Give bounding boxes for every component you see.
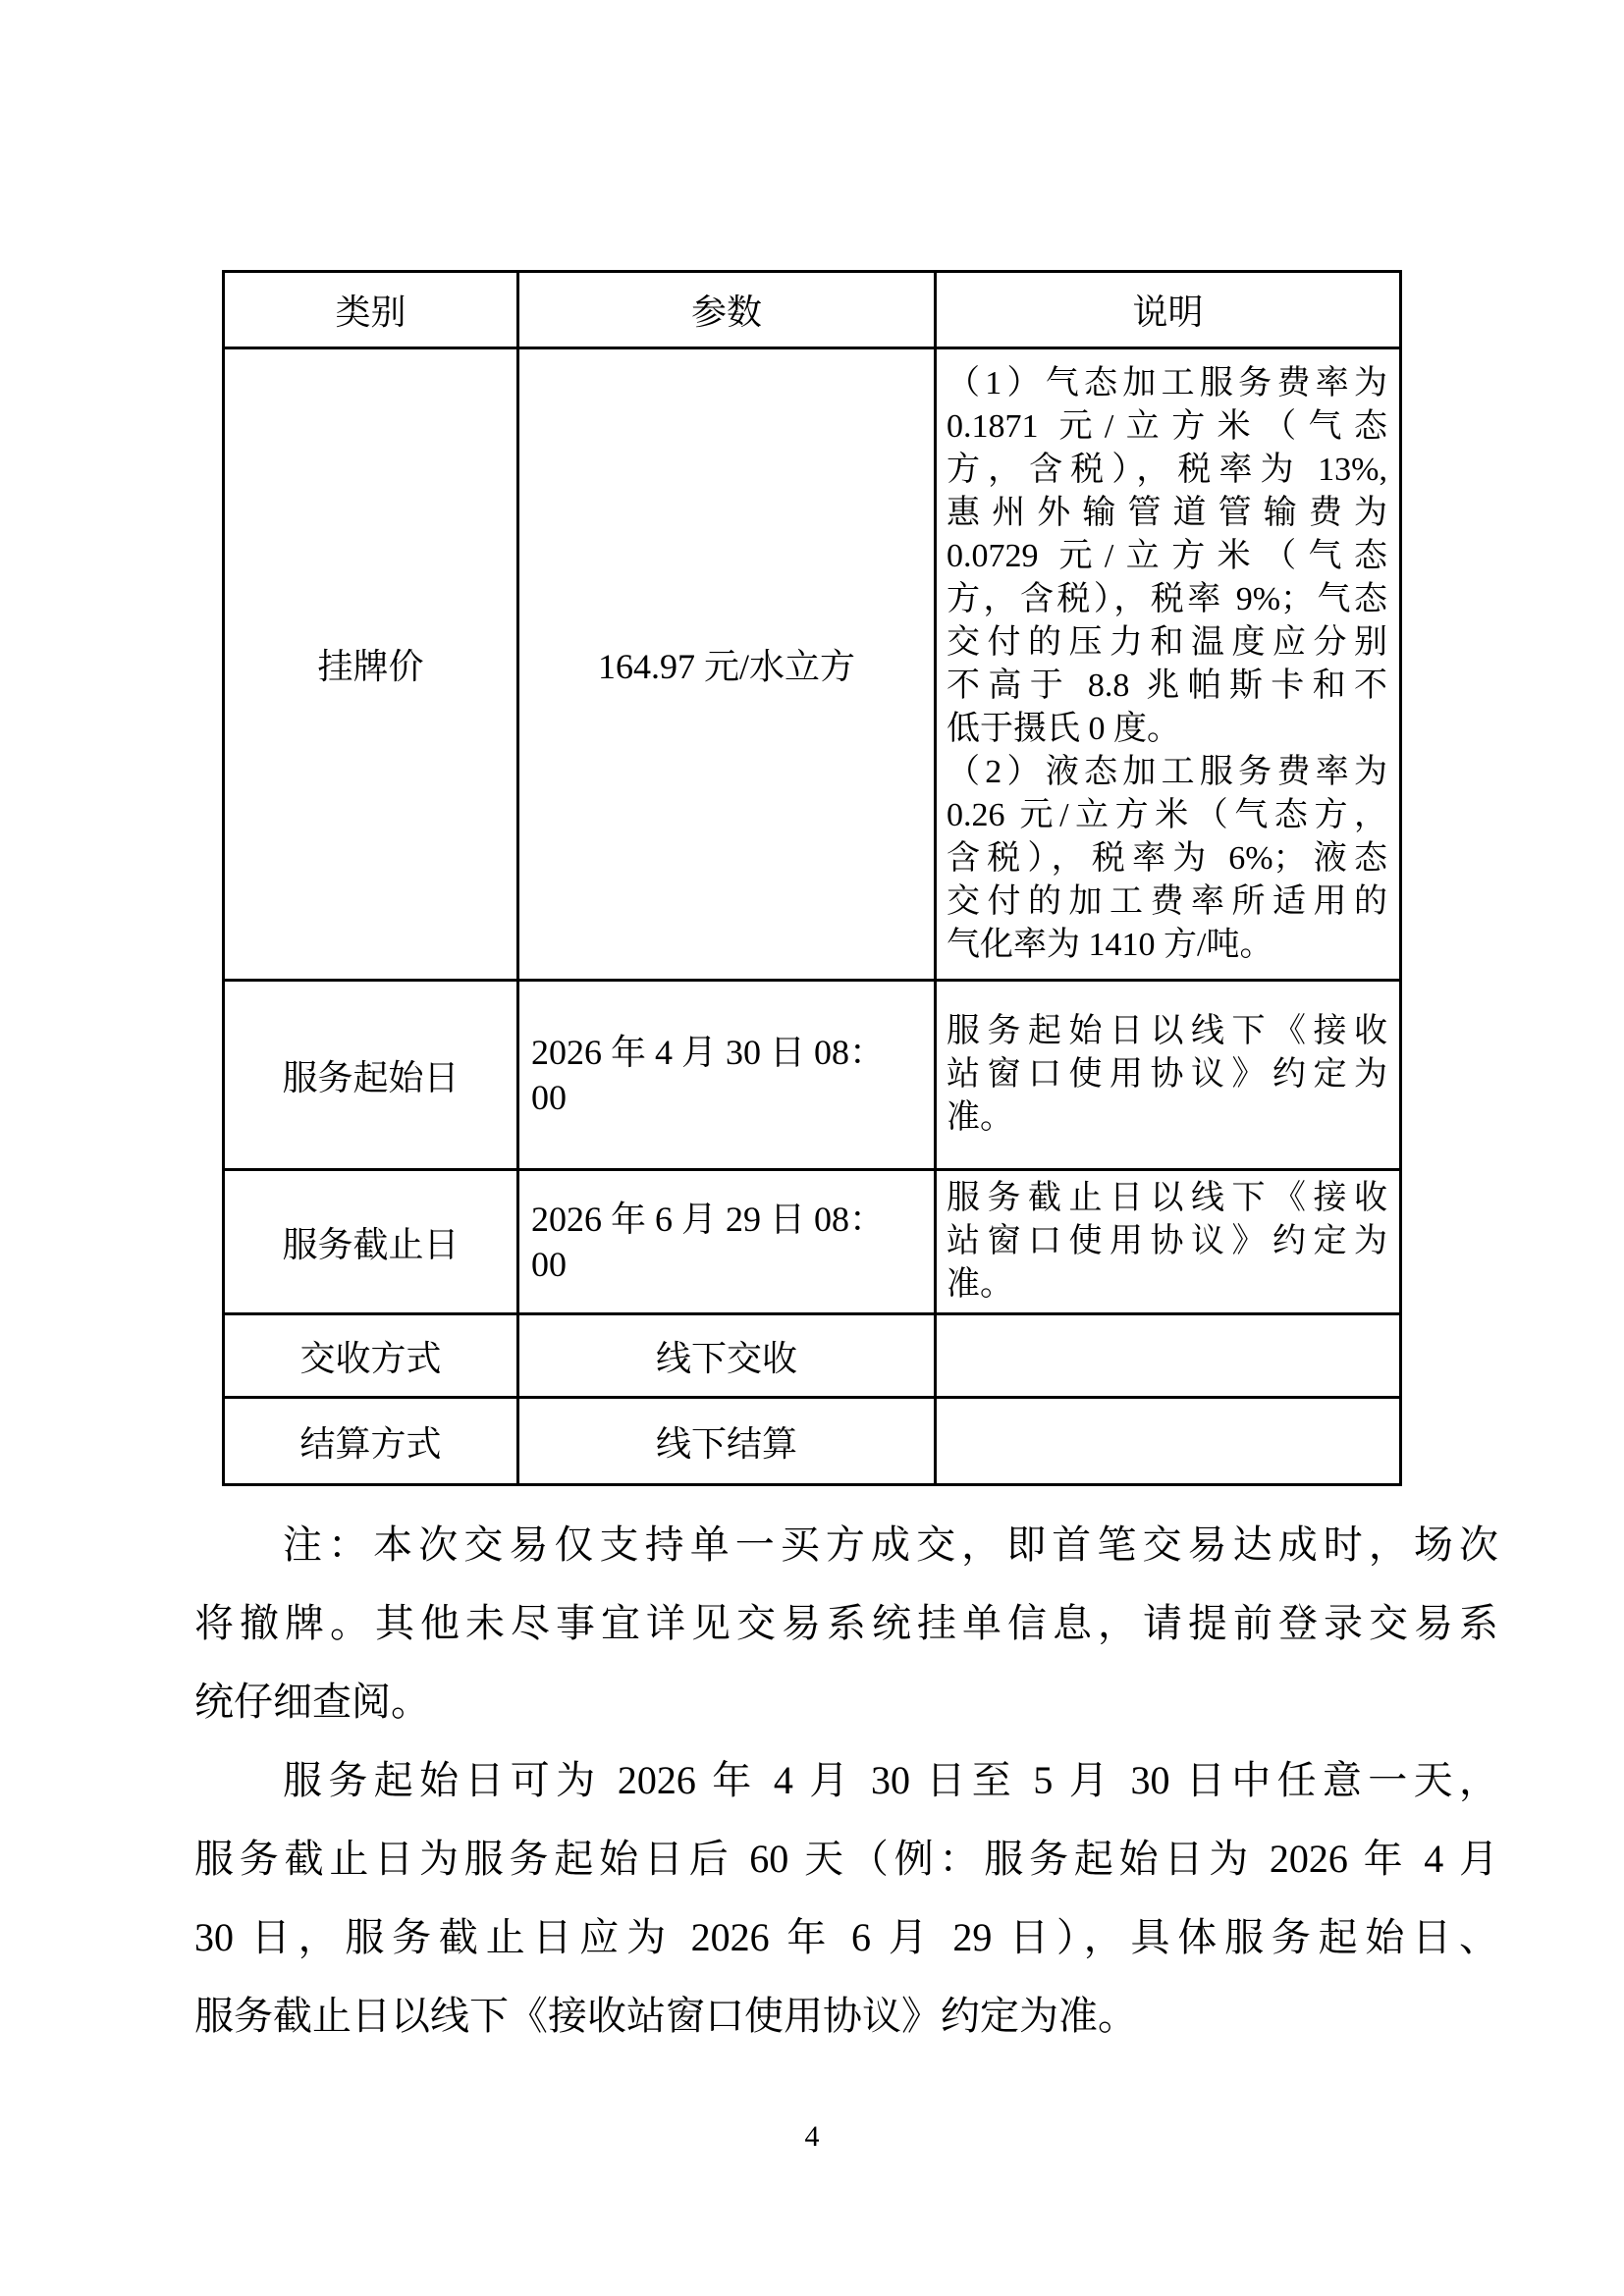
text-line: （1）气态加工服务费率为 <box>947 362 1387 405</box>
description-cell <box>936 1398 1401 1485</box>
description-cell: 服务起始日以线下《接收站窗口使用协议》约定为准。 <box>936 981 1401 1170</box>
text-line: 统仔细查阅。 <box>194 1663 1498 1741</box>
text-line: 0.26 元/立方米（气态方， <box>947 794 1387 837</box>
document-page: 类别 参数 说明 挂牌价 164.97 元/水立方 （1）气态加工服务费率为0.… <box>0 0 1624 2296</box>
text-line: 服务截止日以线下《接收 <box>947 1177 1387 1220</box>
text-line: 方，含税），税率 9%；气态 <box>947 578 1387 621</box>
category-cell: 服务起始日 <box>224 981 518 1170</box>
parameter-cell: 线下交收 <box>518 1314 936 1398</box>
text-line: 含税），税率为 6%；液态 <box>947 837 1387 881</box>
text-line: 00 <box>531 1075 924 1120</box>
description-cell <box>936 1314 1401 1398</box>
parameter-cell: 2026 年 4 月 30 日 08：00 <box>518 981 936 1170</box>
table-row-service-end-date: 服务截止日 2026 年 6 月 29 日 08：00 服务截止日以线下《接收站… <box>224 1170 1401 1314</box>
text-line: 服务起始日可为 2026 年 4 月 30 日至 5 月 30 日中任意一天， <box>194 1741 1498 1820</box>
text-line: 服务截止日为服务起始日后 60 天（例：服务起始日为 2026 年 4 月 <box>194 1820 1498 1898</box>
text-line: 00 <box>531 1242 924 1287</box>
text-line: 站窗口使用协议》约定为 <box>947 1220 1387 1263</box>
category-cell: 挂牌价 <box>224 348 518 981</box>
text-line: 2026 年 6 月 29 日 08： <box>531 1197 924 1242</box>
table-row-listing-price: 挂牌价 164.97 元/水立方 （1）气态加工服务费率为0.1871 元/立方… <box>224 348 1401 981</box>
category-cell: 结算方式 <box>224 1398 518 1485</box>
description-cell: 服务截止日以线下《接收站窗口使用协议》约定为准。 <box>936 1170 1401 1314</box>
text-line: 交付的压力和温度应分别 <box>947 621 1387 665</box>
service-date-explanation-paragraph: 服务起始日可为 2026 年 4 月 30 日至 5 月 30 日中任意一天，服… <box>194 1741 1498 2056</box>
note-paragraph: 注：本次交易仅支持单一买方成交，即首笔交易达成时，场次将撤牌。其他未尽事宜详见交… <box>194 1506 1498 1741</box>
table-header-row: 类别 参数 说明 <box>224 272 1401 348</box>
header-cell-category: 类别 <box>224 272 518 348</box>
text-line: 气化率为 1410 方/吨。 <box>947 924 1387 967</box>
parameter-table: 类别 参数 说明 挂牌价 164.97 元/水立方 （1）气态加工服务费率为0.… <box>222 270 1402 1486</box>
page-content: 类别 参数 说明 挂牌价 164.97 元/水立方 （1）气态加工服务费率为0.… <box>0 0 1624 2056</box>
text-line: （2）液态加工服务费率为 <box>947 751 1387 794</box>
parameter-cell: 线下结算 <box>518 1398 936 1485</box>
table-row-delivery-method: 交收方式 线下交收 <box>224 1314 1401 1398</box>
text-line: 准。 <box>947 1096 1387 1140</box>
text-line: 注：本次交易仅支持单一买方成交，即首笔交易达成时，场次 <box>194 1506 1498 1584</box>
table-row-service-start-date: 服务起始日 2026 年 4 月 30 日 08：00 服务起始日以线下《接收站… <box>224 981 1401 1170</box>
text-line: 将撤牌。其他未尽事宜详见交易系统挂单信息，请提前登录交易系 <box>194 1584 1498 1663</box>
text-line: 服务起始日以线下《接收 <box>947 1010 1387 1053</box>
text-line: 0.1871 元/立方米（气态 <box>947 405 1387 449</box>
category-cell: 交收方式 <box>224 1314 518 1398</box>
text-line: 30 日，服务截止日应为 2026 年 6 月 29 日），具体服务起始日、 <box>194 1898 1498 1977</box>
parameter-cell: 2026 年 6 月 29 日 08：00 <box>518 1170 936 1314</box>
text-line: 站窗口使用协议》约定为 <box>947 1053 1387 1096</box>
text-line: 不高于 8.8 兆帕斯卡和不 <box>947 665 1387 708</box>
parameter-cell: 164.97 元/水立方 <box>518 348 936 981</box>
body-text: 注：本次交易仅支持单一买方成交，即首笔交易达成时，场次将撤牌。其他未尽事宜详见交… <box>194 1506 1498 2056</box>
description-cell: （1）气态加工服务费率为0.1871 元/立方米（气态方，含税），税率为 13%… <box>936 348 1401 981</box>
text-line: 2026 年 4 月 30 日 08： <box>531 1030 924 1075</box>
text-line: 交付的加工费率所适用的 <box>947 881 1387 924</box>
text-line: 方，含税），税率为 13%, <box>947 449 1387 492</box>
text-line: 服务截止日以线下《接收站窗口使用协议》约定为准。 <box>194 1977 1498 2056</box>
text-line: 准。 <box>947 1263 1387 1307</box>
text-line: 低于摄氏 0 度。 <box>947 708 1387 751</box>
header-cell-parameter: 参数 <box>518 272 936 348</box>
category-cell: 服务截止日 <box>224 1170 518 1314</box>
table-row-settlement-method: 结算方式 线下结算 <box>224 1398 1401 1485</box>
text-line: 惠州外输管道管输费为 <box>947 492 1387 535</box>
text-line: 0.0729 元/立方米（气态 <box>947 535 1387 578</box>
header-cell-description: 说明 <box>936 272 1401 348</box>
page-number: 4 <box>0 2120 1624 2154</box>
